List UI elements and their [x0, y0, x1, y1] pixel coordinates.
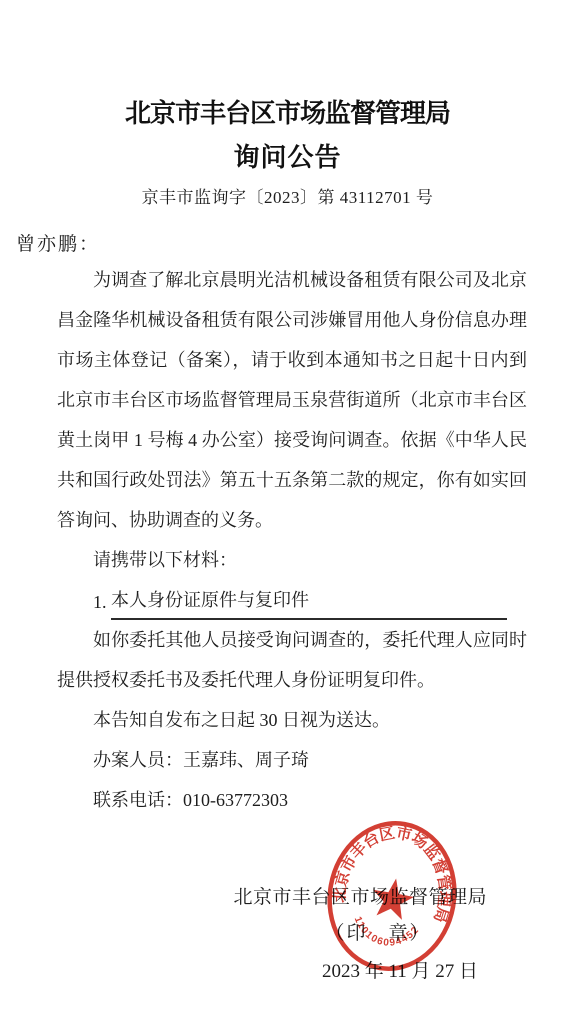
- signature-seal-note: （印 章）: [256, 920, 500, 948]
- document-title: 北京市丰台区市场监督管理局: [0, 98, 575, 128]
- paragraph-proxy: 如你委托其他人员接受询问调查的，委托代理人应同时提供授权委托书及委托代理人身份证…: [57, 620, 527, 700]
- materials-item-number: 1.: [93, 584, 111, 620]
- document-page: 北京市丰台区市场监督管理局 询问公告 京丰市监询字〔2023〕第 4311270…: [0, 0, 575, 1024]
- contact-phone-line: 联系电话：010-63772303: [57, 780, 527, 820]
- contact-phone-number: 010-63772303: [183, 790, 288, 810]
- paragraph-investigation: 为调查了解北京晨明光洁机械设备租赁有限公司及北京昌金隆华机械设备租赁有限公司涉嫌…: [57, 260, 527, 540]
- addressee: 曾亦鹏：: [0, 230, 575, 260]
- paragraph-delivery: 本告知自发布之日起 30 日视为送达。: [57, 700, 527, 740]
- materials-item-underline: 本人身份证原件与复印件: [111, 582, 507, 620]
- document-subtitle: 询问公告: [0, 142, 575, 172]
- materials-item-1: 1. 本人身份证原件与复印件: [57, 580, 527, 620]
- document-number: 京丰市监询字〔2023〕第 43112701 号: [0, 187, 575, 209]
- case-officers-line: 办案人员：王嘉玮、周子琦: [57, 740, 527, 780]
- signature-date: 2023 年 11 月 27 日: [300, 958, 500, 986]
- contact-phone-label: 联系电话：: [93, 790, 183, 810]
- paragraph-materials-intro: 请携带以下材料：: [57, 540, 527, 580]
- materials-item-text: 本人身份证原件与复印件: [111, 590, 309, 610]
- case-officers-names: 王嘉玮、周子琦: [183, 750, 309, 770]
- case-officers-label: 办案人员：: [93, 750, 183, 770]
- signature-org: 北京市丰台区市场监督管理局: [0, 884, 487, 912]
